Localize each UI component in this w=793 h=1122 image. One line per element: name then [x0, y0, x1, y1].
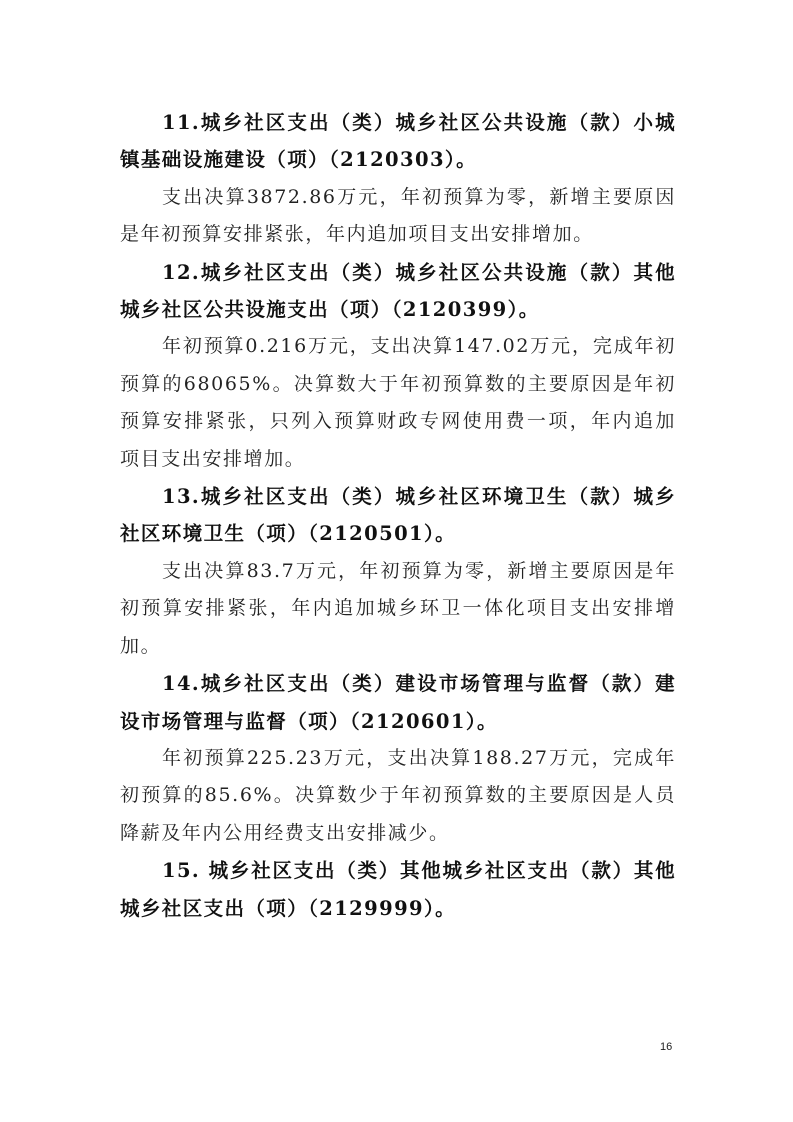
section-12-heading: 12.城乡社区支出（类）城乡社区公共设施（款）其他城乡社区公共设施支出（项）（2… [120, 254, 676, 329]
section-15-heading: 15. 城乡社区支出（类）其他城乡社区支出（款）其他城乡社区支出（项）（2129… [120, 852, 676, 927]
document-page: 11.城乡社区支出（类）城乡社区公共设施（款）小城镇基础设施建设（项）（2120… [120, 104, 676, 927]
section-14-heading: 14.城乡社区支出（类）建设市场管理与监督（款）建设市场管理与监督（项）（212… [120, 665, 676, 740]
section-13-heading: 13.城乡社区支出（类）城乡社区环境卫生（款）城乡社区环境卫生（项）（21205… [120, 478, 676, 553]
section-11-body: 支出决算3872.86万元，年初预算为零，新增主要原因是年初预算安排紧张，年内追… [120, 179, 676, 254]
section-13-body: 支出决算83.7万元，年初预算为零，新增主要原因是年初预算安排紧张，年内追加城乡… [120, 553, 676, 665]
section-12-body: 年初预算0.216万元，支出决算147.02万元，完成年初预算的68065%。决… [120, 328, 676, 478]
section-11-heading: 11.城乡社区支出（类）城乡社区公共设施（款）小城镇基础设施建设（项）（2120… [120, 104, 676, 179]
page-number: 16 [660, 1041, 672, 1053]
section-14-body: 年初预算225.23万元，支出决算188.27万元，完成年初预算的85.6%。决… [120, 740, 676, 852]
